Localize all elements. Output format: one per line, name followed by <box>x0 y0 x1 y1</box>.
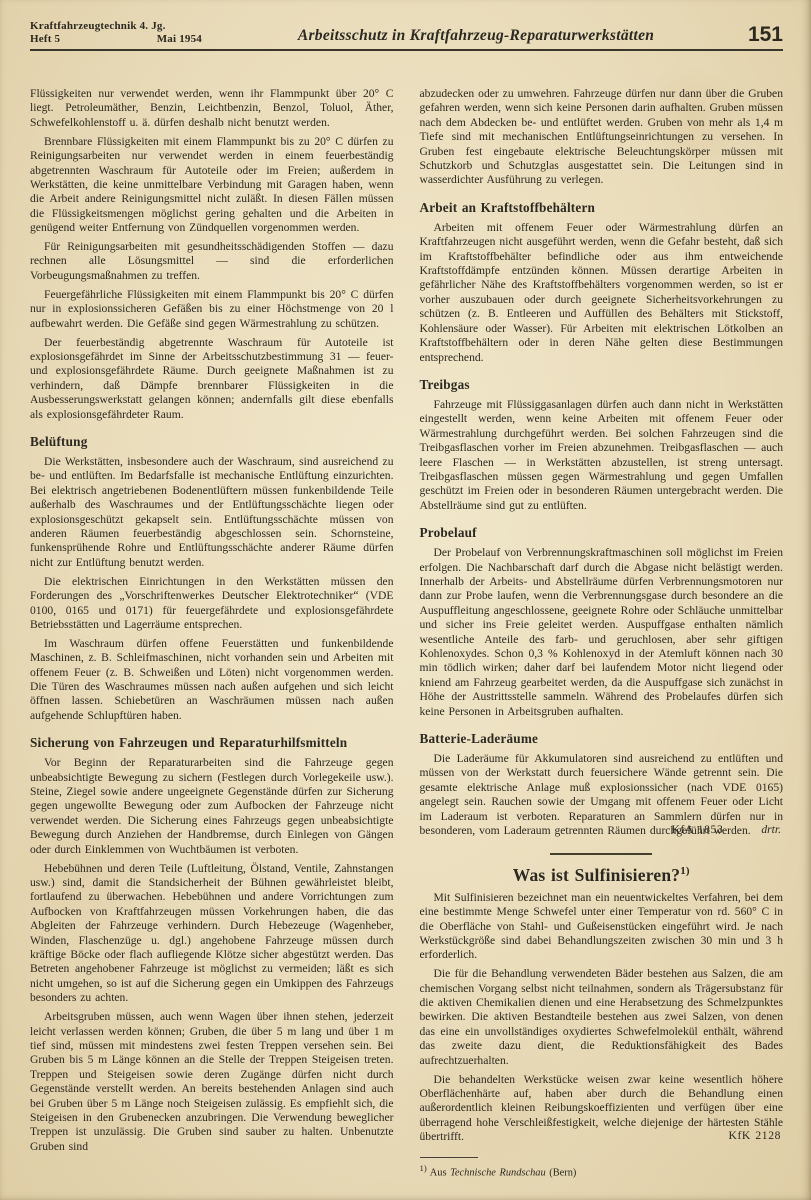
journal-name: Kraftfahrzeugtechnik 4. Jg. <box>30 20 225 33</box>
paragraph: Brennbare Flüssigkeiten mit einem Flammp… <box>30 135 394 236</box>
paragraph: Die für die Behandlung verwendeten Bäder… <box>420 967 784 1068</box>
running-title: Arbeitsschutz in Kraftfahrzeug-Reparatur… <box>225 27 727 46</box>
section-heading: Arbeit an Kraftstoffbehältern <box>420 200 784 215</box>
paragraph: Mit Sulfinisieren bezeichnet man ein neu… <box>420 891 784 963</box>
signature-author: drtr. <box>761 823 781 836</box>
footnote-source: Technische Rundschau <box>450 1167 546 1178</box>
paragraph-text: Mit Sulfinisieren bezeichnet man ein neu… <box>420 891 784 962</box>
paragraph: Flüssigkeiten nur verwendet werden, wenn… <box>30 87 394 130</box>
footnote-text: 1) Aus Technische Rundschau (Bern) <box>420 1162 784 1180</box>
paragraph: Die behandelten Werkstücke weisen zwar k… <box>420 1073 784 1145</box>
article-signature: KfK 2128 <box>715 1129 782 1143</box>
page-header: Kraftfahrzeugtechnik 4. Jg. Heft 5 Mai 1… <box>30 0 783 46</box>
paragraph: Arbeitsgruben müssen, auch wenn Wagen üb… <box>30 1010 394 1154</box>
journal-masthead: Kraftfahrzeugtechnik 4. Jg. Heft 5 Mai 1… <box>30 20 225 46</box>
paragraph: Der feuerbeständig abgetrennte Waschraum… <box>30 336 394 422</box>
paragraph-text: Für Reinigungsarbeiten mit gesundheitssc… <box>30 240 394 282</box>
paragraph: Arbeiten mit offenem Feuer oder Wärmestr… <box>420 221 784 365</box>
issue-line: Heft 5 Mai 1954 <box>30 33 202 46</box>
paragraph: abzudecken oder zu umwehren. Fahrzeuge d… <box>420 87 784 188</box>
paragraph: Im Waschraum dürfen offene Feuerstätten … <box>30 637 394 723</box>
paragraph: Der Probelauf von Verbrennungskraftmasch… <box>420 546 784 719</box>
section-heading: Belüftung <box>30 434 394 449</box>
signature-code: KfK 2128 <box>729 1129 782 1142</box>
paragraph-text: Flüssigkeiten nur verwendet werden, wenn… <box>30 87 394 129</box>
issue-date: Mai 1954 <box>157 33 202 46</box>
right-column: abzudecken oder zu umwehren. Fahrzeuge d… <box>420 87 784 1183</box>
page-inner: Kraftfahrzeugtechnik 4. Jg. Heft 5 Mai 1… <box>0 0 811 1183</box>
paragraph-text: Arbeitsgruben müssen, auch wenn Wagen üb… <box>30 1010 394 1153</box>
section-heading: Sicherung von Fahrzeugen und Reparaturhi… <box>30 735 394 750</box>
paragraph-text: Im Waschraum dürfen offene Feuerstätten … <box>30 637 394 722</box>
left-column: Flüssigkeiten nur verwendet werden, wenn… <box>30 87 394 1183</box>
section-heading: Probelauf <box>420 525 784 540</box>
article-divider <box>550 853 652 855</box>
paragraph-text: Die für die Behandlung verwendeten Bäder… <box>420 967 784 1066</box>
paragraph-text: abzudecken oder zu umwehren. Fahrzeuge d… <box>420 87 784 186</box>
paragraph: Die elektrischen Einrichtungen in den We… <box>30 575 394 633</box>
paragraph: Vor Beginn der Reparaturarbeiten sind di… <box>30 756 394 857</box>
journal-page: Kraftfahrzeugtechnik 4. Jg. Heft 5 Mai 1… <box>0 0 811 1200</box>
issue-number: Heft 5 <box>30 33 60 46</box>
paragraph-text: Die elektrischen Einrichtungen in den We… <box>30 575 394 631</box>
paragraph-text: Der feuerbeständig abgetrennte Waschraum… <box>30 336 394 421</box>
paragraph-text: Die Werkstätten, insbesondere auch der W… <box>30 455 394 569</box>
paragraph: Für Reinigungsarbeiten mit gesundheitssc… <box>30 240 394 283</box>
footnote-rule <box>420 1157 478 1158</box>
paragraph: Die Werkstätten, insbesondere auch der W… <box>30 455 394 570</box>
section-heading: Batterie-Laderäume <box>420 731 784 746</box>
paragraph: Hebebühnen und deren Teile (Luftleitung,… <box>30 862 394 1006</box>
paragraph-text: Hebebühnen und deren Teile (Luftleitung,… <box>30 862 394 1005</box>
page-number: 151 <box>727 24 783 46</box>
paragraph-text: Der Probelauf von Verbrennungskraftmasch… <box>420 546 784 717</box>
paragraph-text: Brennbare Flüssigkeiten mit einem Flammp… <box>30 135 394 234</box>
paragraph-text: Vor Beginn der Reparaturarbeiten sind di… <box>30 756 394 855</box>
paragraph: Die Laderäume für Akkumulatoren sind aus… <box>420 752 784 838</box>
paragraph: Fahrzeuge mit Flüssiggasanlagen dürfen a… <box>420 398 784 513</box>
footnote: 1) Aus Technische Rundschau (Bern) <box>420 1157 784 1180</box>
article-signature: KfA 1853drtr. <box>657 823 781 837</box>
paragraph: Feuergefährliche Flüssigkeiten mit einem… <box>30 288 394 331</box>
signature-code: KfA 1853 <box>671 823 723 836</box>
footnote-marker: 1) <box>680 865 690 877</box>
paragraph-text: Fahrzeuge mit Flüssiggasanlagen dürfen a… <box>420 398 784 512</box>
article-body: Flüssigkeiten nur verwendet werden, wenn… <box>30 87 783 1183</box>
footnote-marker: 1) <box>420 1163 427 1173</box>
article-title: Was ist Sulfinisieren?1) <box>420 864 784 882</box>
header-rule <box>30 49 783 51</box>
paragraph-text: Arbeiten mit offenem Feuer oder Wärmestr… <box>420 221 784 364</box>
paragraph-text: Feuergefährliche Flüssigkeiten mit einem… <box>30 288 394 330</box>
section-heading: Treibgas <box>420 377 784 392</box>
article-title-text: Was ist Sulfinisieren? <box>513 865 681 885</box>
